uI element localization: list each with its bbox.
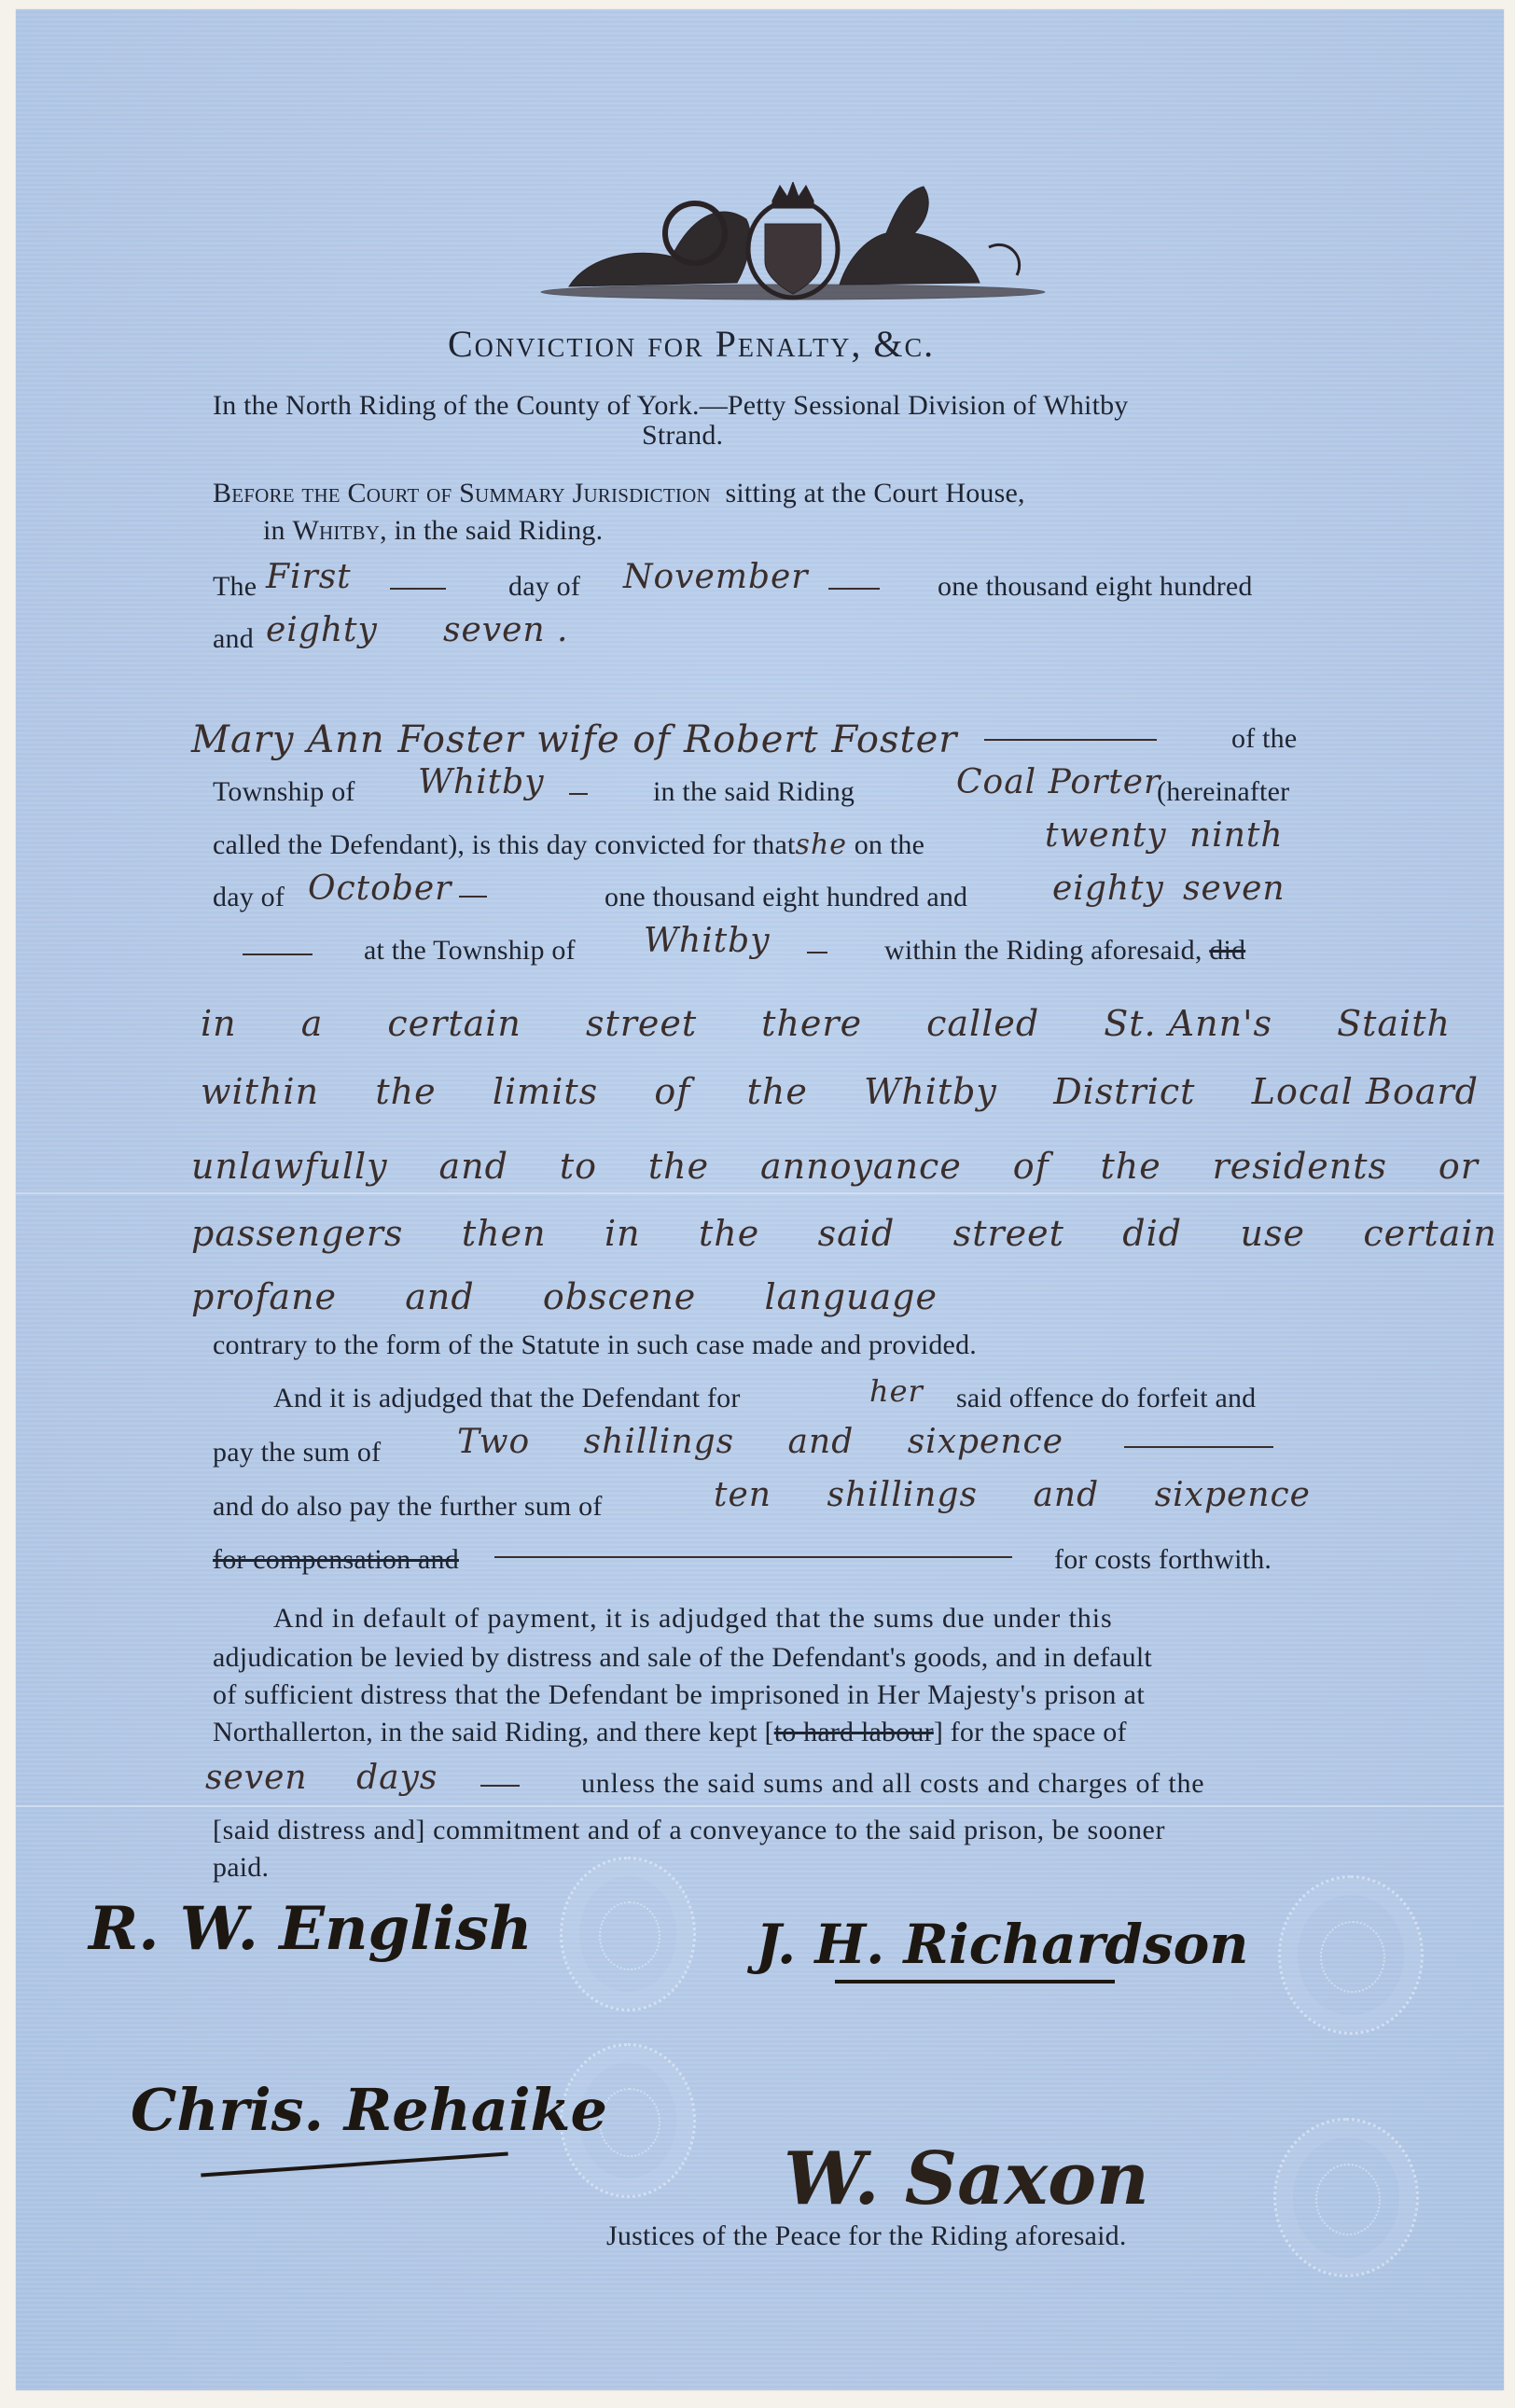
offence-line-3: unlawfully and to the annoyance of the r…	[191, 1146, 1479, 1187]
text: ] for the space of	[934, 1717, 1127, 1747]
word: passengers	[191, 1213, 403, 1254]
court-line: Before the Court of Summary Jurisdiction…	[213, 478, 1025, 509]
offence-month: October	[308, 870, 452, 908]
word: Two	[457, 1423, 530, 1461]
blank-dash	[494, 1556, 1012, 1558]
defendant-occupation: Coal Porter	[956, 763, 1161, 801]
default-line-4: Northallerton, in the said Riding, and t…	[213, 1717, 1127, 1748]
label-pay-sum: pay the sum of	[213, 1437, 381, 1468]
penalty-line-1: And it is adjudged that the Defendant fo…	[273, 1383, 741, 1414]
blank-dash	[828, 588, 880, 590]
offence-day-2: ninth	[1189, 816, 1284, 855]
struck-compensation: for compensation and	[213, 1544, 459, 1576]
label-day-of: day of	[508, 571, 580, 603]
statute-line: contrary to the form of the Statute in s…	[213, 1329, 977, 1361]
word: Whitby	[864, 1071, 997, 1112]
word: street	[953, 1213, 1064, 1254]
label-the: The	[213, 571, 257, 603]
word: limits	[493, 1071, 598, 1112]
word: did	[1122, 1213, 1182, 1254]
within-riding: within the Riding aforesaid, did	[884, 935, 1245, 967]
blank-dash	[459, 896, 487, 898]
word: the	[648, 1146, 709, 1187]
offence-line-1: in a certain street there called St. Ann…	[201, 1003, 1451, 1044]
word: days	[356, 1759, 438, 1797]
signature-saxon: W. Saxon	[784, 2137, 1149, 2221]
blank-dash	[807, 952, 827, 953]
word: residents	[1213, 1146, 1387, 1187]
word: the	[699, 1213, 759, 1254]
defendant-pronoun: she	[796, 828, 847, 861]
blank-dash	[390, 588, 446, 590]
conviction-sentence: called the Defendant), is this day convi…	[213, 828, 924, 861]
document-title: Conviction for Penalty, &c.	[448, 322, 935, 366]
jurisdiction-line: In the North Riding of the County of Yor…	[213, 390, 1129, 422]
word: District	[1053, 1071, 1195, 1112]
court-name: Before the Court of Summary Jurisdiction	[213, 478, 711, 508]
word: and	[405, 1276, 474, 1317]
penalty-pronoun: her	[869, 1373, 924, 1409]
signature-underline	[835, 1980, 1115, 1983]
signature-english: R. W. English	[89, 1894, 532, 1964]
court-sitting: sitting at the Court House,	[726, 478, 1025, 508]
label-and: and	[213, 623, 254, 655]
embossed-seal-icon	[1278, 1875, 1424, 2035]
word: obscene	[543, 1276, 696, 1317]
imprisonment-term: seven days	[205, 1759, 438, 1797]
word: annoyance	[760, 1146, 962, 1187]
word: seven	[205, 1759, 308, 1797]
blank-dash	[480, 1785, 520, 1787]
default-line-3: of sufficient distress that the Defendan…	[213, 1679, 1145, 1711]
fold-line	[16, 1192, 1504, 1194]
word: within	[201, 1071, 319, 1112]
offence-year-2: seven	[1183, 870, 1286, 908]
embossed-seal-icon	[560, 1857, 696, 2011]
fold-line	[16, 1805, 1504, 1807]
word: shillings	[827, 1476, 978, 1514]
word: of	[654, 1071, 690, 1112]
word: in	[201, 1003, 237, 1044]
word: sixpence	[908, 1423, 1063, 1461]
label-on-the: on the	[855, 829, 924, 860]
word: and	[1033, 1476, 1099, 1514]
word: language	[764, 1276, 938, 1317]
conviction-year-2: seven .	[443, 611, 569, 649]
word: shillings	[584, 1423, 734, 1461]
blank-dash	[569, 793, 588, 795]
word: street	[586, 1003, 697, 1044]
default-line-7: paid.	[213, 1852, 269, 1884]
defendant-township: Whitby	[418, 763, 545, 801]
title-text: Conviction for Penalty, &c.	[448, 323, 935, 365]
word: Staith	[1337, 1003, 1451, 1044]
signature-rehaike: Chris. Rehaike	[131, 2076, 607, 2144]
signature-richardson: J. H. Richardson	[756, 1913, 1248, 1976]
label-riding: , in the said Riding.	[380, 515, 603, 546]
word: Local Board	[1252, 1071, 1479, 1112]
conviction-year-1: eighty	[266, 611, 378, 649]
label-within-riding: within the Riding aforesaid,	[884, 935, 1202, 966]
fine-amount: Two shillings and sixpence	[457, 1423, 1063, 1461]
label-day-of: day of	[213, 882, 285, 913]
blank-dash	[243, 953, 313, 955]
label-called: called the Defendant), is this day convi…	[213, 829, 796, 860]
offence-line-4: passengers then in the said street did u…	[191, 1213, 1497, 1254]
paper-sheet	[16, 9, 1504, 2390]
word: sixpence	[1155, 1476, 1311, 1514]
struck-hard-labour: to hard labour	[774, 1717, 934, 1747]
word: the	[375, 1071, 436, 1112]
court-location: in Whitby, in the said Riding.	[263, 515, 603, 547]
jurisdiction-line-cont: Strand.	[642, 420, 723, 452]
word: profane	[191, 1276, 337, 1317]
label-township-of: Township of	[213, 776, 355, 808]
struck-did: did	[1209, 935, 1245, 966]
label-year-prefix: one thousand eight hundred	[938, 571, 1253, 603]
offence-day-1: twenty	[1045, 816, 1167, 855]
word: the	[747, 1071, 808, 1112]
label-year-prefix: one thousand eight hundred and	[605, 882, 967, 913]
defendant-name: Mary Ann Foster wife of Robert Foster	[191, 718, 957, 761]
penalty-line-1b: said offence do forfeit and	[956, 1383, 1256, 1414]
town-name: Whitby	[292, 515, 380, 546]
default-line-5: unless the said sums and all costs and c…	[581, 1768, 1204, 1800]
label-of-the: of the	[1231, 723, 1297, 755]
embossed-seal-icon	[1273, 2118, 1419, 2277]
justices-line: Justices of the Peace for the Riding afo…	[606, 2220, 1127, 2252]
word: use	[1241, 1213, 1305, 1254]
word: of	[1013, 1146, 1049, 1187]
blank-dash	[1124, 1446, 1273, 1448]
conviction-month: November	[623, 558, 809, 596]
offence-township: Whitby	[644, 922, 771, 960]
offence-line-2: within the limits of the Whitby District…	[201, 1071, 1479, 1112]
word: ten	[714, 1476, 771, 1514]
word: then	[462, 1213, 547, 1254]
text: Northallerton, in the said Riding, and t…	[213, 1717, 774, 1747]
word: to	[560, 1146, 597, 1187]
word: in	[605, 1213, 641, 1254]
conviction-day: First	[266, 558, 352, 596]
word: there	[761, 1003, 862, 1044]
blank-dash	[984, 739, 1157, 741]
label-at-township: at the Township of	[364, 935, 576, 967]
default-line-2: adjudication be levied by distress and s…	[213, 1642, 1152, 1674]
word: St. Ann's	[1104, 1003, 1272, 1044]
label-costs-forthwith: for costs forthwith.	[1054, 1544, 1272, 1576]
word: the	[1101, 1146, 1161, 1187]
default-line-6: [said distress and] commitment and of a …	[213, 1815, 1165, 1846]
label-further-sum: and do also pay the further sum of	[213, 1491, 603, 1523]
label-in-riding: in the said Riding	[653, 776, 855, 808]
label-in: in	[263, 515, 285, 546]
word: unlawfully	[191, 1146, 388, 1187]
word: and	[438, 1146, 507, 1187]
default-line-1: And in default of payment, it is adjudge…	[273, 1603, 1113, 1635]
word: called	[926, 1003, 1039, 1044]
word: a	[301, 1003, 324, 1044]
word: certain	[1363, 1213, 1497, 1254]
word: and	[788, 1423, 855, 1461]
royal-coat-of-arms-icon	[532, 182, 1054, 303]
word: certain	[387, 1003, 521, 1044]
offence-year-1: eighty	[1052, 870, 1164, 908]
costs-amount: ten shillings and sixpence	[714, 1476, 1311, 1514]
word: or	[1439, 1146, 1479, 1187]
word: said	[818, 1213, 896, 1254]
label-hereinafter: (hereinafter	[1157, 776, 1289, 808]
offence-line-5: profane and obscene language	[191, 1276, 938, 1317]
